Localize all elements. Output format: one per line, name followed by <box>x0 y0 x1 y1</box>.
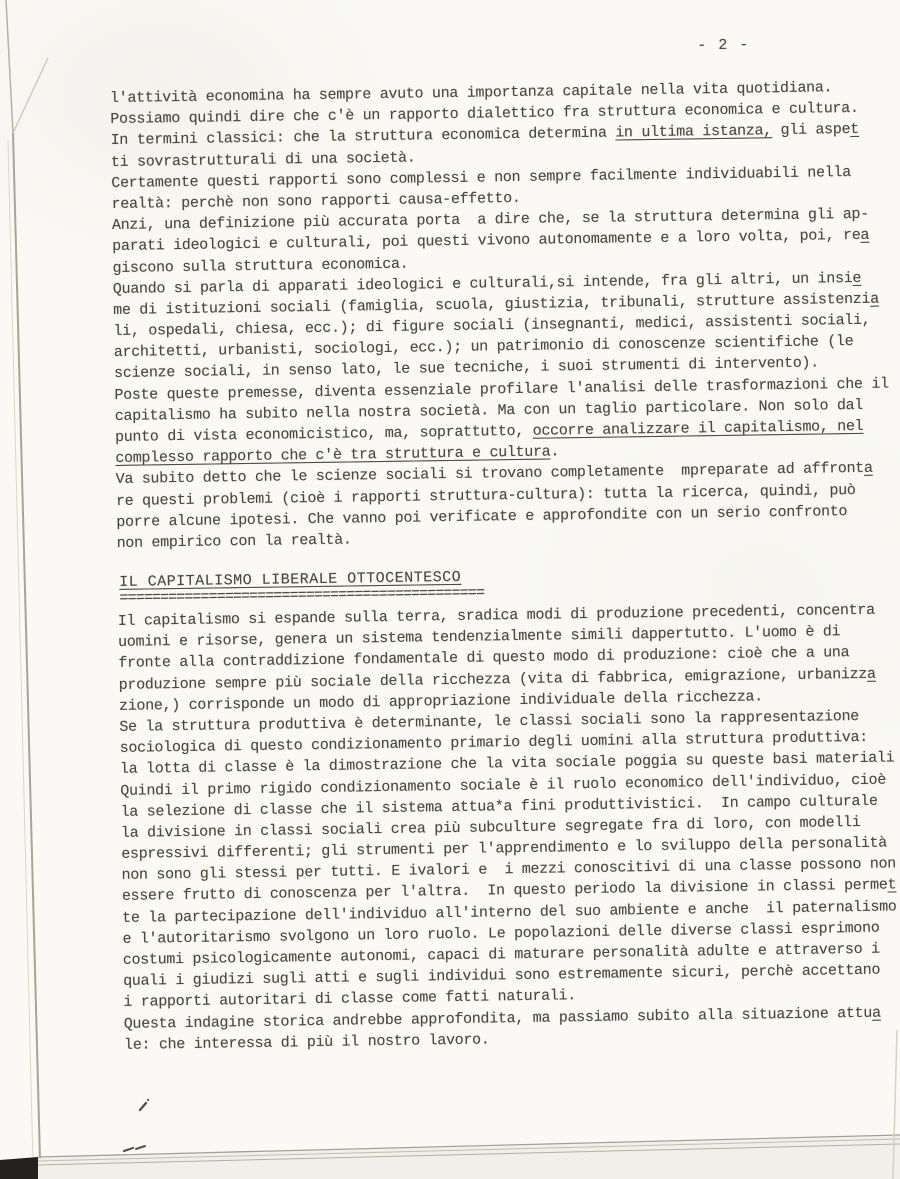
section-heading: IL CAPITALISMO LIBERALE OTTOCENTESCO ===… <box>119 569 484 603</box>
document-text: - 2 - l'attività economina ha sempre avu… <box>0 0 900 1179</box>
heading-double-underline: ========================================… <box>119 589 484 603</box>
paragraph-capitalismo-liberale: Il capitalismo si espande sulla terra, s… <box>118 599 899 1055</box>
scanned-page: - 2 - l'attività economina ha sempre avu… <box>0 0 900 1179</box>
page-number: - 2 - <box>697 37 750 55</box>
paragraph-intro: l'attività economina ha sempre avuto una… <box>110 77 891 555</box>
